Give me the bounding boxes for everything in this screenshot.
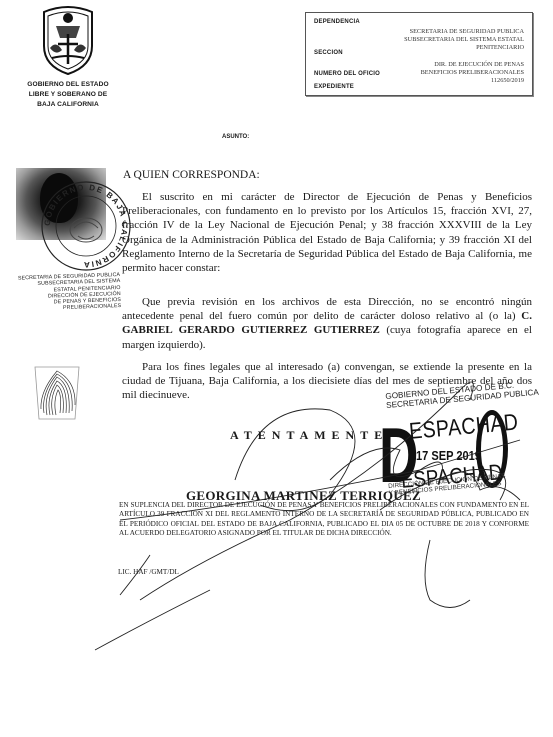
initials-reference: LIC. HAF /GMT/DL	[118, 568, 179, 576]
paragraph-constancia: Que previa revisión en los archivos de e…	[122, 295, 532, 352]
dependencia-line-2: SUBSECRETARIA DEL SISTEMA ESTATAL	[404, 36, 524, 44]
dependencia-line-1: SECRETARIA DE SEGURIDAD PUBLICA	[404, 28, 524, 36]
seccion-label: SECCION	[314, 50, 343, 56]
gov-line-3: BAJA CALIFORNIA	[18, 100, 118, 110]
expediente-label: EXPEDIENTE	[314, 84, 354, 90]
greeting: A QUIEN CORRESPONDA:	[123, 169, 260, 181]
gov-line-1: GOBIERNO DEL ESTADO	[18, 80, 118, 90]
fingerprint-icon	[33, 365, 81, 423]
dependencia-value: SECRETARIA DE SEGURIDAD PUBLICA SUBSECRE…	[404, 28, 524, 52]
official-seal-icon: GOBIERNO DE BAJA CALIFORNIA	[40, 180, 132, 272]
dependencia-line-3: PENITENCIARIO	[404, 44, 524, 52]
suplencia-note: EN SUPLENCIA DEL DIRECTOR DE EJECUCIÓN D…	[119, 501, 529, 538]
document-info-box: DEPENDENCIA SECRETARIA DE SEGURIDAD PUBL…	[305, 12, 533, 96]
closing-atentamente: ATENTAMENTE	[230, 428, 388, 443]
gov-line-2: LIBRE Y SOBERANO DE	[18, 90, 118, 100]
numero-oficio-value: 112650/2019	[421, 77, 524, 85]
coat-of-arms-icon	[38, 4, 98, 76]
asunto-label: ASUNTO:	[222, 134, 249, 140]
seal-text: SECRETARIA DE SEGURIDAD PUBLICA SUBSECRE…	[8, 272, 121, 314]
dependencia-label: DEPENDENCIA	[314, 19, 360, 25]
paragraph-fundamento: El suscrito en mi carácter de Director d…	[122, 190, 532, 275]
paragraph-constancia-start: Que previa revisión en los archivos de e…	[122, 296, 532, 322]
seccion-value: DIR. DE EJECUCIÓN DE PENAS BENEFICIOS PR…	[421, 61, 524, 85]
government-title: GOBIERNO DEL ESTADO LIBRE Y SOBERANO DE …	[18, 80, 118, 110]
numero-oficio-label: NUMERO DEL OFICIO	[314, 71, 382, 77]
seccion-line-2: BENEFICIOS PRELIBERACIONALES	[421, 69, 524, 77]
seccion-line-1: DIR. DE EJECUCIÓN DE PENAS	[421, 61, 524, 69]
